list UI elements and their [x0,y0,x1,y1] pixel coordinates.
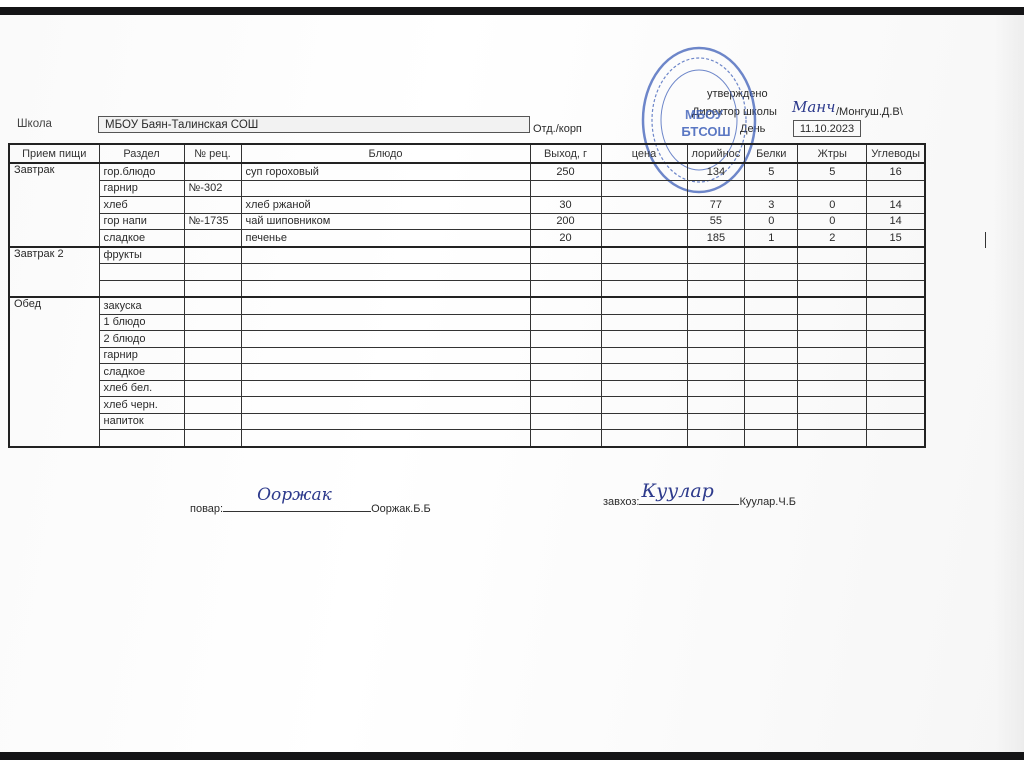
dish-cell [241,347,530,364]
carbs-cell [867,247,925,264]
carbs-cell [867,331,925,348]
fat-cell: 0 [798,213,867,230]
column-header: Раздел [99,144,184,163]
price-cell [601,163,687,180]
price-cell [601,297,687,314]
protein-cell [745,347,798,364]
storekeeper-name: Куулар.Ч.Б [739,496,795,508]
column-header: лорийнос [687,144,745,163]
carbs-cell: 15 [867,230,925,247]
meal-cell: Завтрак [9,163,99,247]
table-row: 2 блюдо [9,331,925,348]
yield-cell [530,297,601,314]
protein-cell: 3 [745,197,798,214]
recipe-cell [184,364,241,381]
carbs-cell [867,347,925,364]
yield-cell: 20 [530,230,601,247]
recipe-cell [184,247,241,264]
dish-cell [241,380,530,397]
carbs-cell [867,297,925,314]
protein-cell: 1 [745,230,798,247]
table-row: хлебхлеб ржаной30773014 [9,197,925,214]
price-cell [601,213,687,230]
recipe-cell [184,331,241,348]
cook-name: Ооржак.Б.Б [371,503,431,515]
carbs-cell [867,314,925,331]
cook-signature: Ооржак [257,485,332,505]
section-cell: напиток [99,413,184,430]
yield-cell [530,430,601,447]
recipe-cell [184,264,241,281]
section-cell [99,264,184,281]
price-cell [601,397,687,414]
section-cell: гор напи [99,213,184,230]
table-row: напиток [9,413,925,430]
dish-cell [241,397,530,414]
column-header: Блюдо [241,144,530,163]
column-header: Прием пищи [9,144,99,163]
carbs-cell [867,413,925,430]
section-cell: хлеб [99,197,184,214]
section-cell: хлеб бел. [99,380,184,397]
scan-border-bottom [0,752,1024,760]
calories-cell [687,347,745,364]
table-row: гарнир [9,347,925,364]
recipe-cell [184,430,241,447]
dish-cell: печенье [241,230,530,247]
director-name: /Монгуш.Д.В\ [836,106,903,118]
carbs-cell [867,380,925,397]
fat-cell [798,397,867,414]
pen-mark [985,232,986,248]
recipe-cell [184,347,241,364]
carbs-cell [867,430,925,447]
protein-cell [745,331,798,348]
yield-cell [530,331,601,348]
table-row: Обедзакуска [9,297,925,314]
date-field: 11.10.2023 [793,120,861,137]
protein-cell [745,264,798,281]
protein-cell [745,314,798,331]
dish-cell [241,430,530,447]
recipe-cell [184,314,241,331]
protein-cell: 5 [745,163,798,180]
carbs-cell [867,180,925,197]
director-label: Директор школы [692,106,777,118]
calories-cell [687,413,745,430]
calories-cell: 55 [687,213,745,230]
recipe-cell [184,397,241,414]
calories-cell [687,331,745,348]
protein-cell: 0 [745,213,798,230]
protein-cell [745,297,798,314]
table-row: Завтракгор.блюдосуп гороховый2501345516 [9,163,925,180]
protein-cell [745,180,798,197]
fat-cell [798,280,867,297]
column-header: цена [601,144,687,163]
yield-cell: 250 [530,163,601,180]
price-cell [601,380,687,397]
fat-cell [798,264,867,281]
table-row: гор напи№-1735чай шиповником200550014 [9,213,925,230]
yield-cell [530,413,601,430]
calories-cell [687,280,745,297]
cook-signature-block: повар:ОоржакОоржак.Б.Б [190,499,431,515]
section-cell [99,280,184,297]
dish-cell [241,413,530,430]
section-cell: 2 блюдо [99,331,184,348]
section-cell: фрукты [99,247,184,264]
department-label: Отд./корп [533,123,582,135]
table-row: 1 блюдо [9,314,925,331]
dish-cell: суп гороховый [241,163,530,180]
yield-cell [530,397,601,414]
table-row [9,430,925,447]
recipe-cell [184,280,241,297]
dish-cell [241,264,530,281]
table-row [9,280,925,297]
calories-cell: 77 [687,197,745,214]
carbs-cell: 14 [867,197,925,214]
carbs-cell [867,280,925,297]
price-cell [601,413,687,430]
recipe-cell [184,230,241,247]
cook-signature-line: Ооржак [223,499,371,512]
fat-cell [798,413,867,430]
calories-cell [687,397,745,414]
fat-cell [798,297,867,314]
protein-cell [745,380,798,397]
price-cell [601,331,687,348]
dish-cell [241,280,530,297]
section-cell: гор.блюдо [99,163,184,180]
dish-cell [241,331,530,348]
storekeeper-label: завхоз: [603,496,639,508]
cook-label: повар: [190,503,223,515]
recipe-cell: №-1735 [184,213,241,230]
calories-cell [687,297,745,314]
protein-cell [745,247,798,264]
day-label: День [740,123,765,135]
calories-cell: 134 [687,163,745,180]
fat-cell [798,247,867,264]
column-header: № рец. [184,144,241,163]
fat-cell [798,314,867,331]
table-row: хлеб бел. [9,380,925,397]
meal-cell: Обед [9,297,99,447]
table-row: гарнир№-302 [9,180,925,197]
price-cell [601,347,687,364]
carbs-cell [867,364,925,381]
price-cell [601,280,687,297]
meal-cell: Завтрак 2 [9,247,99,298]
director-signature: Mанч [792,98,836,116]
fat-cell: 0 [798,197,867,214]
column-header: Белки [745,144,798,163]
storekeeper-signature: Куулар [641,480,713,502]
fat-cell [798,364,867,381]
calories-cell [687,264,745,281]
carbs-cell [867,264,925,281]
recipe-cell [184,163,241,180]
carbs-cell: 14 [867,213,925,230]
calories-cell: 185 [687,230,745,247]
fat-cell [798,331,867,348]
calories-cell [687,364,745,381]
section-cell: закуска [99,297,184,314]
dish-cell [241,297,530,314]
fat-cell: 2 [798,230,867,247]
yield-cell [530,280,601,297]
section-cell: хлеб черн. [99,397,184,414]
table-header-row: Прием пищи Раздел № рец. Блюдо Выход, г … [9,144,925,163]
recipe-cell [184,297,241,314]
yield-cell [530,380,601,397]
calories-cell [687,247,745,264]
menu-table: Прием пищи Раздел № рец. Блюдо Выход, г … [8,143,926,448]
section-cell: гарнир [99,180,184,197]
section-cell: 1 блюдо [99,314,184,331]
table-row: сладкоепеченье201851215 [9,230,925,247]
school-label: Школа [17,118,52,130]
price-cell [601,430,687,447]
recipe-cell: №-302 [184,180,241,197]
carbs-cell [867,397,925,414]
yield-cell [530,314,601,331]
calories-cell [687,430,745,447]
carbs-cell: 16 [867,163,925,180]
table-row: хлеб черн. [9,397,925,414]
price-cell [601,197,687,214]
yield-cell [530,364,601,381]
yield-cell [530,247,601,264]
section-cell: сладкое [99,230,184,247]
protein-cell [745,430,798,447]
table-row: сладкое [9,364,925,381]
dish-cell: чай шиповником [241,213,530,230]
column-header: Углеводы [867,144,925,163]
dish-cell [241,364,530,381]
table-row [9,264,925,281]
recipe-cell [184,197,241,214]
section-cell: гарнир [99,347,184,364]
yield-cell [530,180,601,197]
storekeeper-signature-block: завхоз:КууларКуулар.Ч.Б [603,492,796,508]
calories-cell [687,314,745,331]
price-cell [601,314,687,331]
section-cell [99,430,184,447]
fat-cell [798,380,867,397]
dish-cell [241,180,530,197]
dish-cell [241,314,530,331]
price-cell [601,230,687,247]
dish-cell: хлеб ржаной [241,197,530,214]
page-edge-shadow [994,15,1024,752]
price-cell [601,364,687,381]
column-header: Выход, г [530,144,601,163]
scan-border-top [0,7,1024,15]
price-cell [601,264,687,281]
yield-cell [530,347,601,364]
protein-cell [745,364,798,381]
yield-cell [530,264,601,281]
price-cell [601,247,687,264]
fat-cell [798,347,867,364]
protein-cell [745,397,798,414]
fat-cell: 5 [798,163,867,180]
fat-cell [798,180,867,197]
yield-cell: 30 [530,197,601,214]
price-cell [601,180,687,197]
fat-cell [798,430,867,447]
recipe-cell [184,413,241,430]
protein-cell [745,280,798,297]
table-row: Завтрак 2фрукты [9,247,925,264]
section-cell: сладкое [99,364,184,381]
protein-cell [745,413,798,430]
column-header: Жтры [798,144,867,163]
calories-cell [687,380,745,397]
calories-cell [687,180,745,197]
dish-cell [241,247,530,264]
school-name-field: МБОУ Баян-Талинская СОШ [98,116,530,133]
yield-cell: 200 [530,213,601,230]
storekeeper-signature-line: Куулар [639,492,739,505]
recipe-cell [184,380,241,397]
approved-label: утверждено [707,88,768,100]
